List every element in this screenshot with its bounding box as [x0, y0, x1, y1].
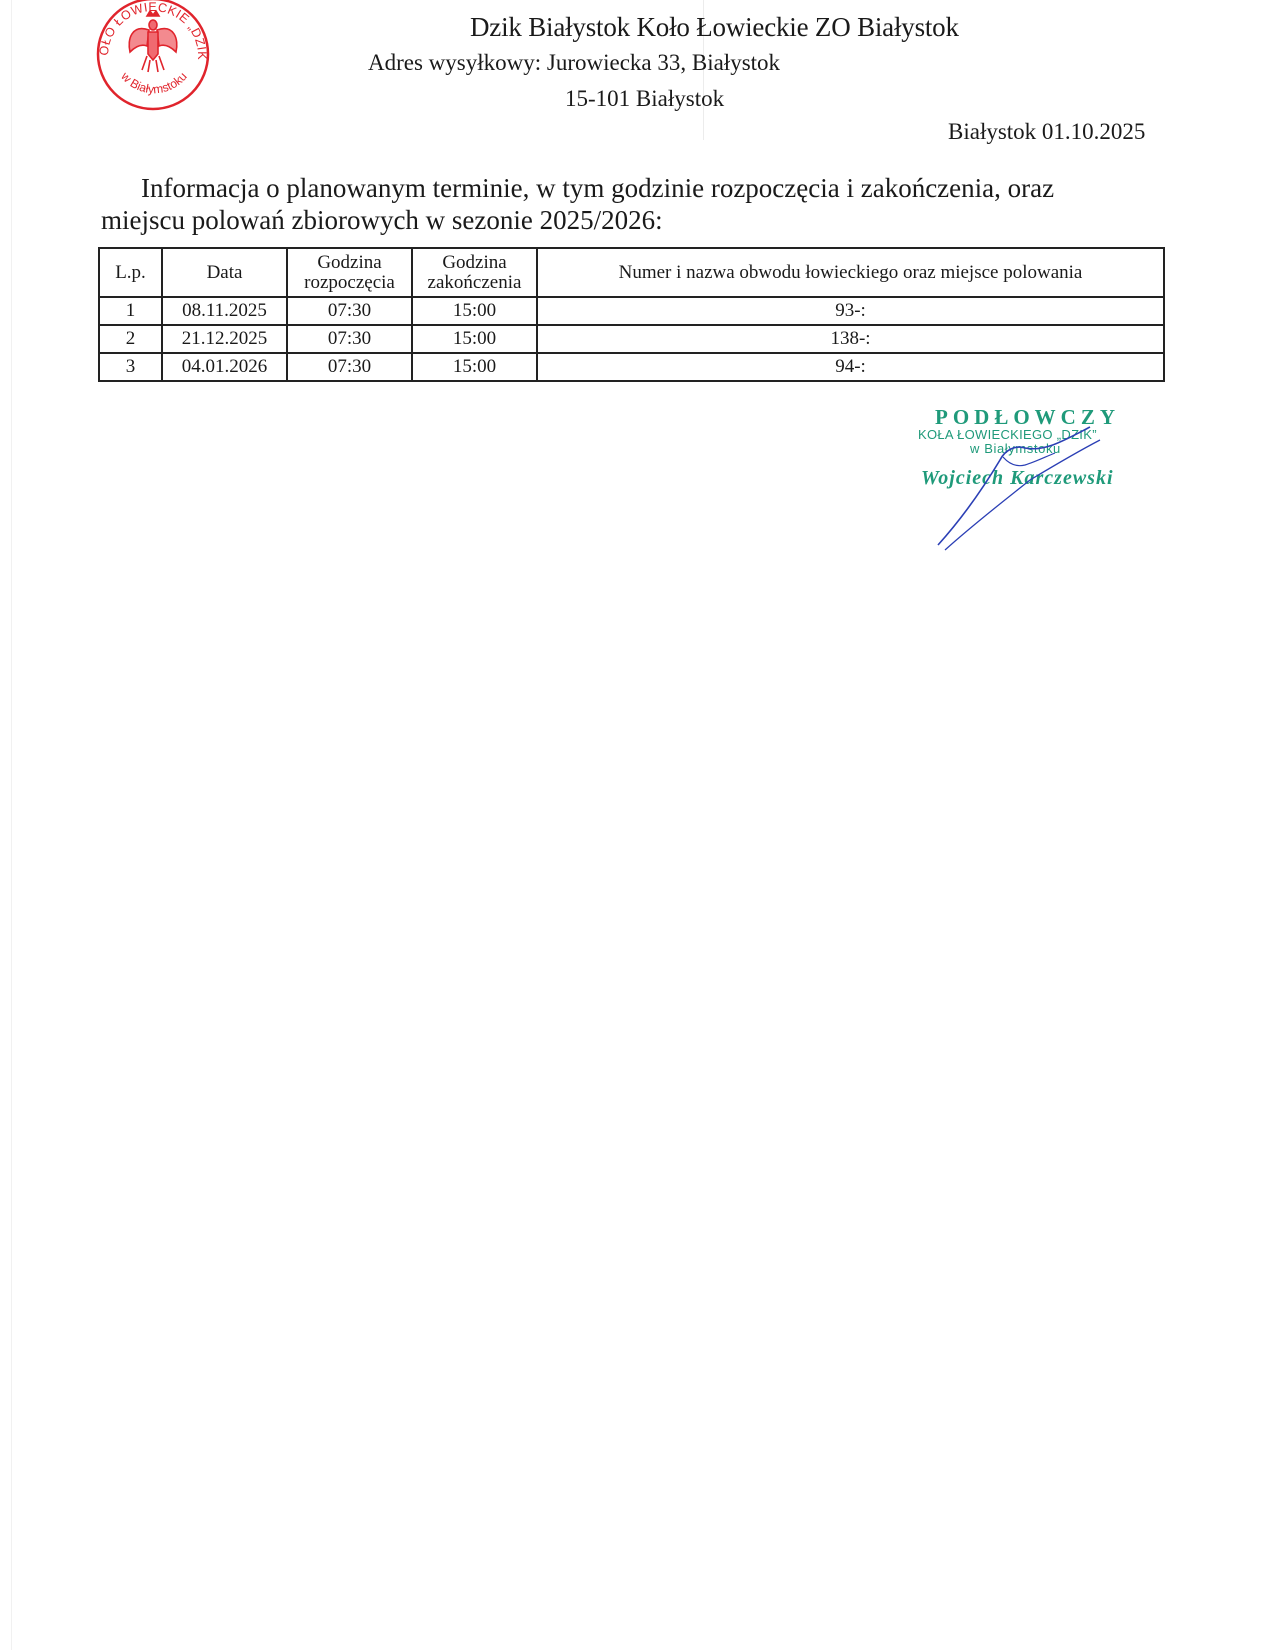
cell-place: 138-:: [537, 325, 1164, 353]
table-row: 1 08.11.2025 07:30 15:00 93-:: [99, 297, 1164, 325]
organization-name: Dzik Białystok Koło Łowieckie ZO Białyst…: [470, 12, 959, 43]
table-row: 2 21.12.2025 07:30 15:00 138-:: [99, 325, 1164, 353]
cell-end: 15:00: [412, 353, 537, 381]
scan-artifact-line: [11, 0, 12, 1650]
cell-end: 15:00: [412, 297, 537, 325]
intro-paragraph: Informacja o planowanym terminie, w tym …: [101, 172, 1121, 236]
cell-start: 07:30: [287, 297, 412, 325]
cell-lp: 2: [99, 325, 162, 353]
header-start-line2: rozpoczęcia: [304, 272, 395, 293]
postal-code-city: 15-101 Białystok: [565, 86, 724, 112]
cell-date: 04.01.2026: [162, 353, 287, 381]
header-date: Data: [162, 248, 287, 297]
round-stamp: KOŁO ŁOWIECKIE „DZIK” w Białymstoku: [92, 0, 214, 112]
table-header-row: L.p. Data Godzinarozpoczęcia Godzinazako…: [99, 248, 1164, 297]
cell-place: 93-:: [537, 297, 1164, 325]
handwritten-signature-icon: [905, 405, 1145, 565]
intro-text: Informacja o planowanym terminie, w tym …: [101, 173, 1054, 235]
header-end-line1: Godzina: [442, 252, 506, 273]
eagle-emblem-icon: [129, 11, 177, 72]
header-place: Numer i nazwa obwodu łowieckiego oraz mi…: [537, 248, 1164, 297]
header-end-time: Godzinazakończenia: [412, 248, 537, 297]
signature-stamp: PODŁOWCZY KOŁA ŁOWIECKIEGO „DZIK” w Biał…: [905, 405, 1145, 565]
header-lp: L.p.: [99, 248, 162, 297]
cell-date: 08.11.2025: [162, 297, 287, 325]
cell-lp: 1: [99, 297, 162, 325]
svg-text:w Białymstoku: w Białymstoku: [118, 69, 190, 97]
cell-end: 15:00: [412, 325, 537, 353]
hunting-schedule-table: L.p. Data Godzinarozpoczęcia Godzinazako…: [98, 247, 1165, 382]
cell-lp: 3: [99, 353, 162, 381]
header-end-line2: zakończenia: [428, 272, 522, 293]
header-start-line1: Godzina: [317, 252, 381, 273]
cell-start: 07:30: [287, 325, 412, 353]
header-start-time: Godzinarozpoczęcia: [287, 248, 412, 297]
cell-date: 21.12.2025: [162, 325, 287, 353]
table-row: 3 04.01.2026 07:30 15:00 94-:: [99, 353, 1164, 381]
round-stamp-bottom-text: w Białymstoku: [118, 69, 190, 97]
mailing-address: Adres wysyłkowy: Jurowiecka 33, Białysto…: [368, 50, 780, 76]
cell-start: 07:30: [287, 353, 412, 381]
place-and-date: Białystok 01.10.2025: [948, 119, 1145, 145]
cell-place: 94-:: [537, 353, 1164, 381]
